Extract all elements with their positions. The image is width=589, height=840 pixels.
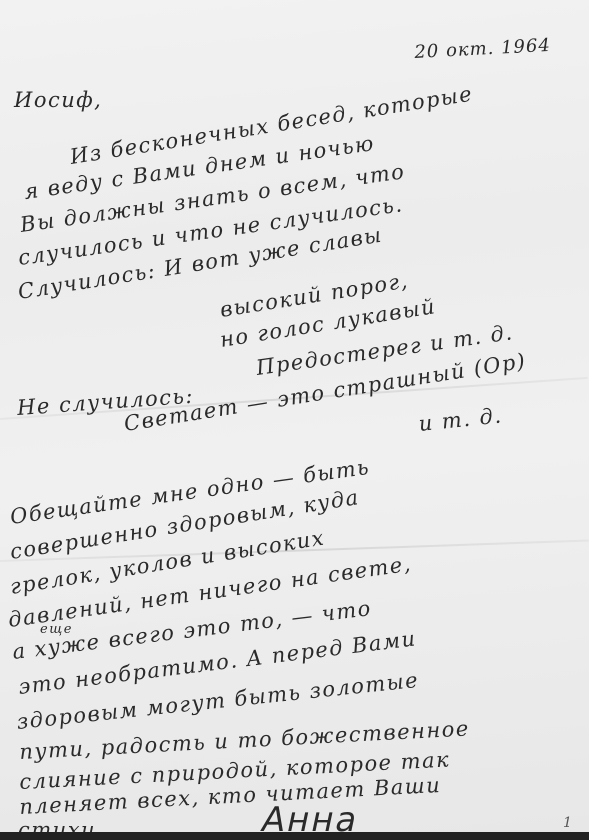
letter-line: и т. д. — [417, 403, 503, 436]
letter-date: 20 окт. 1964 — [414, 35, 551, 63]
salutation: Иосиф, — [14, 88, 102, 112]
scan-edge — [0, 832, 589, 840]
page-number: 1 — [563, 815, 573, 831]
letter-page: 20 окт. 1964 Иосиф, Из бесконечных бесед… — [0, 0, 589, 832]
